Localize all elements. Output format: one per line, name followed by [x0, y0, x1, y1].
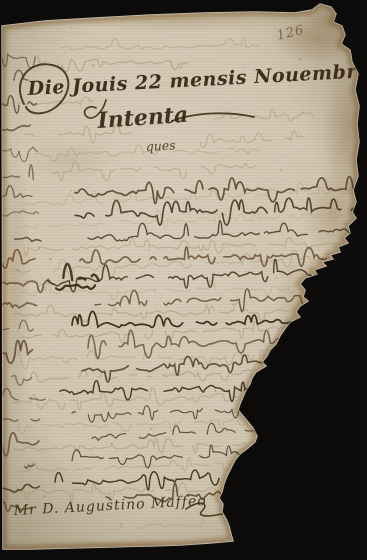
subtitle-word: ques [145, 137, 176, 154]
manuscript-page-photo: 126 Die Jouis 22 mensis Nouembris 16 Int… [0, 0, 367, 560]
manuscript-photo: 126 Die Jouis 22 mensis Nouembris 16 Int… [0, 0, 367, 560]
